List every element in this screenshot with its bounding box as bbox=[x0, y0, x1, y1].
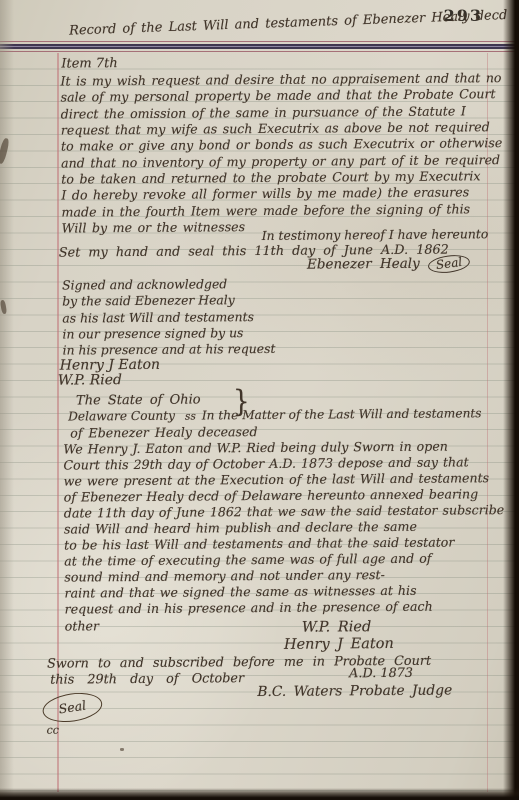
attestation-clause: Signed and acknowledgedby the said Ebene… bbox=[62, 276, 275, 359]
record-header-title: Record of the Last Will and testaments o… bbox=[69, 8, 508, 39]
page-edge-right bbox=[503, 0, 519, 800]
testimonium-line-1: In testimony hereof I have hereunto bbox=[262, 226, 489, 243]
jurat-line-2-year: A.D. 1873 bbox=[349, 666, 413, 682]
clerk-seal-icon: Seal bbox=[41, 689, 104, 726]
jurat-line-2-date: this 29th day of October bbox=[50, 671, 244, 688]
matter-line-2: of Ebenezer Healy deceased bbox=[70, 424, 257, 440]
handwritten-line: as his last Will and testaments bbox=[62, 308, 275, 326]
clerk-seal-initials: cc bbox=[47, 724, 59, 737]
judge-signature: B.C. Waters Probate Judge bbox=[257, 682, 452, 700]
matter-line-1: In the Matter of the Last Will and testa… bbox=[202, 406, 482, 422]
ink-smudge bbox=[120, 748, 124, 751]
handwritten-line: by the said Ebenezer Healy bbox=[62, 292, 275, 310]
handwritten-line: in our presence signed by us bbox=[62, 325, 275, 343]
handwritten-line: Signed and acknowledged bbox=[62, 276, 275, 294]
affidavit-signature-ried: W.P. Ried bbox=[302, 619, 372, 636]
ledger-page-scan: 293 Record of the Last Will and testamen… bbox=[0, 0, 519, 800]
testator-seal-icon: Seal bbox=[427, 253, 471, 275]
ss-scilicet: ss bbox=[185, 411, 196, 423]
affidavit-body: We Henry J. Eaton and W.P. Ried being du… bbox=[63, 438, 505, 634]
will-item-text: It is my wish request and desire that no… bbox=[60, 70, 503, 237]
testator-name: Ebenezer Healy bbox=[307, 256, 420, 273]
witness-signature-eaton: Henry J Eaton bbox=[60, 357, 160, 374]
page-edge-left bbox=[0, 0, 14, 800]
affidavit-county-line: Delaware CountyssIn the Matter of the La… bbox=[68, 406, 482, 423]
will-item-heading: Item 7th bbox=[61, 56, 118, 71]
county-name: Delaware County bbox=[68, 409, 175, 424]
affidavit-signature-eaton: Henry J Eaton bbox=[284, 636, 394, 653]
witness-signature-ried: W.P. Ried bbox=[58, 372, 122, 389]
manuscript: Record of the Last Will and testaments o… bbox=[0, 0, 519, 800]
affidavit-state-line: The State of Ohio bbox=[76, 392, 201, 408]
page-edge-bottom bbox=[0, 788, 519, 800]
testator-signature: Ebenezer HealySeal bbox=[307, 255, 470, 273]
